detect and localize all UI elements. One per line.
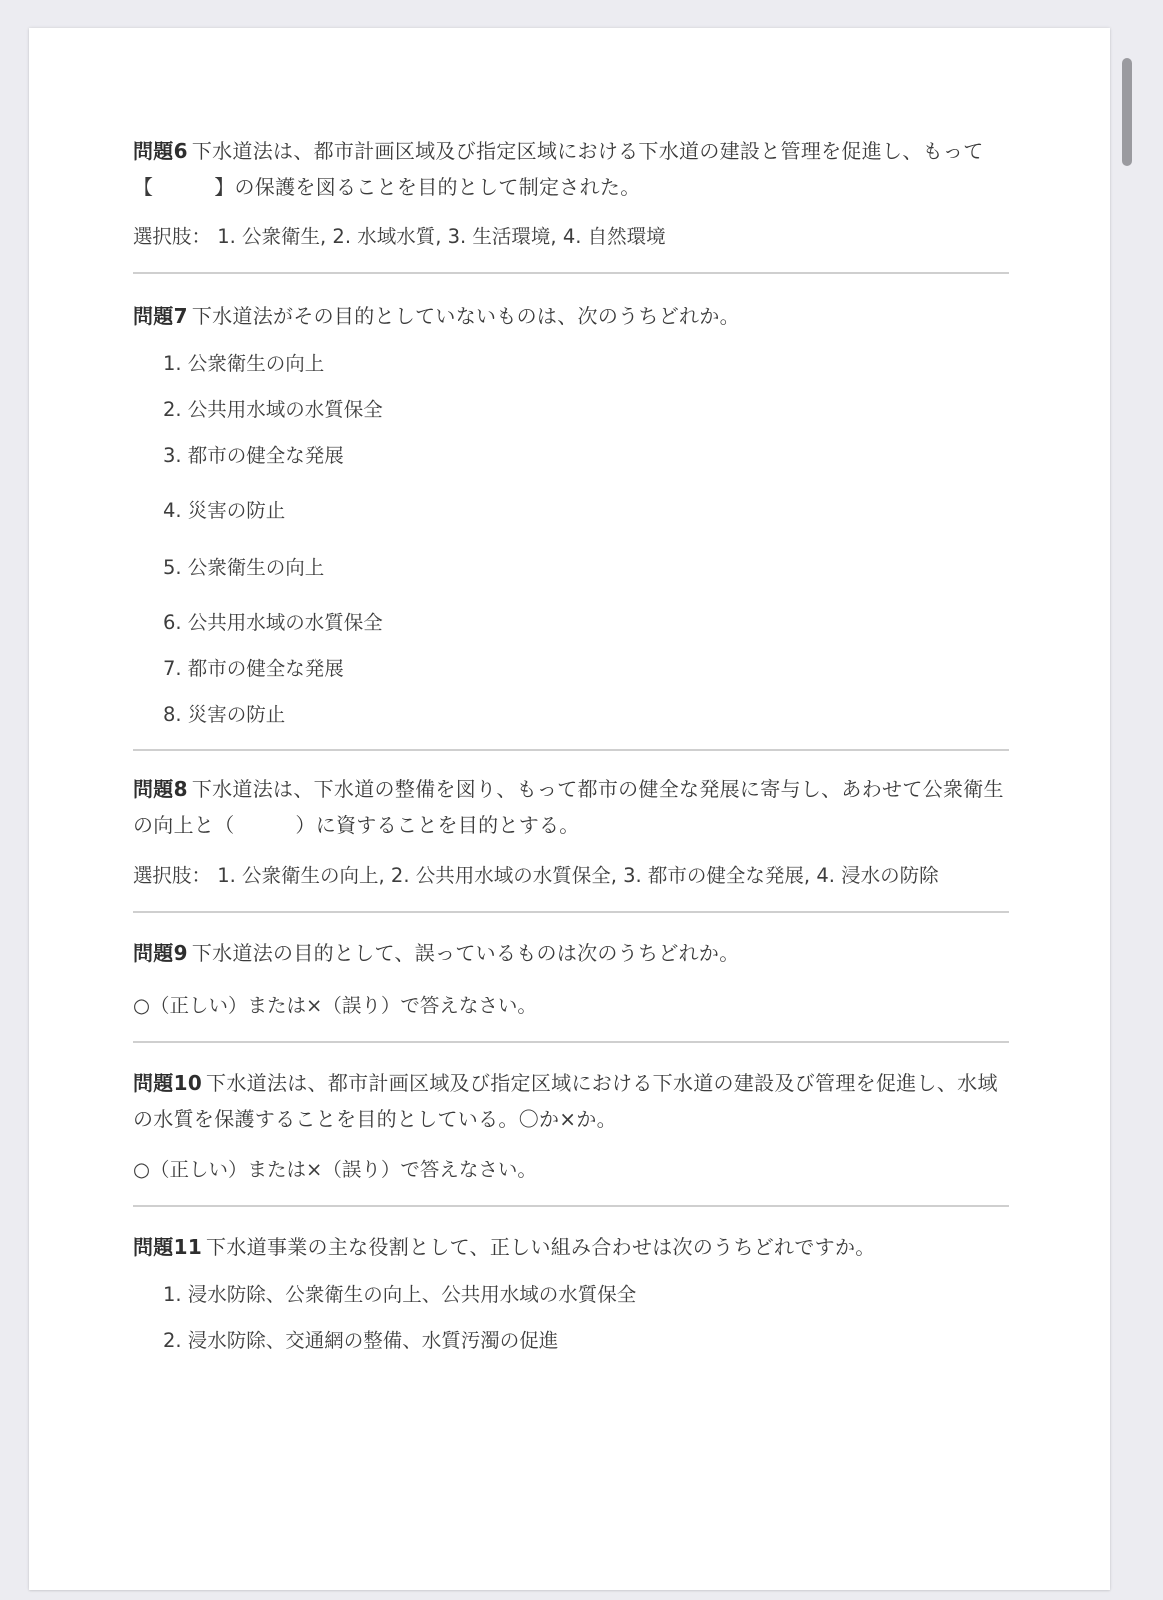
document-viewer: 問題6下水道法は、都市計画区域及び指定区域における下水道の建設と管理を促進し、も… xyxy=(0,0,1163,1600)
question-body: 下水道事業の主な役割として、正しい組み合わせは次のうちどれですか。 xyxy=(206,1235,876,1259)
choices-text: 1. 公衆衛生, 2. 水域水質, 3. 生活環境, 4. 自然環境 xyxy=(217,225,665,248)
option-item: 6. 公共用水域の水質保全 xyxy=(133,609,1009,637)
question-text: 問題8下水道法は、下水道の整備を図り、もって都市の健全な発展に寄与し、あわせて公… xyxy=(133,771,1009,843)
options-list: 1. 公衆衛生の向上 2. 公共用水域の水質保全 3. 都市の健全な発展 4. … xyxy=(133,350,1009,729)
question-label: 問題7 xyxy=(133,304,188,328)
question-label: 問題8 xyxy=(133,777,188,801)
page-content: 問題6下水道法は、都市計画区域及び指定区域における下水道の建設と管理を促進し、も… xyxy=(133,133,1009,1355)
question-label: 問題9 xyxy=(133,941,188,965)
choices-text: 1. 公衆衛生の向上, 2. 公共用水域の水質保全, 3. 都市の健全な発展, … xyxy=(217,864,938,887)
divider xyxy=(133,1041,1009,1043)
divider xyxy=(133,1205,1009,1207)
question-body: 下水道法は、都市計画区域及び指定区域における下水道の建設と管理を促進し、もって【… xyxy=(133,139,984,199)
question-text: 問題11下水道事業の主な役割として、正しい組み合わせは次のうちどれですか。 xyxy=(133,1229,1009,1265)
question-10: 問題10下水道法は、都市計画区域及び指定区域における下水道の建設及び管理を促進し… xyxy=(133,1065,1009,1185)
choices-line: 選択肢： 1. 公衆衛生, 2. 水域水質, 3. 生活環境, 4. 自然環境 xyxy=(133,222,1009,252)
answer-instruction: ○（正しい）または×（誤り）で答えなさい。 xyxy=(133,991,1009,1021)
question-7: 問題7下水道法がその目的としていないものは、次のうちどれか。 1. 公衆衛生の向… xyxy=(133,298,1009,729)
choices-prefix: 選択肢： xyxy=(133,864,211,887)
divider xyxy=(133,911,1009,913)
option-item: 5. 公衆衛生の向上 xyxy=(133,554,1009,582)
question-body: 下水道法がその目的としていないものは、次のうちどれか。 xyxy=(192,304,740,328)
option-item: 2. 浸水防除、交通網の整備、水質汚濁の促進 xyxy=(133,1327,1009,1355)
scrollbar-thumb[interactable] xyxy=(1122,58,1132,166)
option-item: 7. 都市の健全な発展 xyxy=(133,655,1009,683)
option-item: 1. 公衆衛生の向上 xyxy=(133,350,1009,378)
vertical-scrollbar[interactable] xyxy=(1120,30,1134,1590)
divider xyxy=(133,272,1009,274)
question-body: 下水道法は、下水道の整備を図り、もって都市の健全な発展に寄与し、あわせて公衆衛生… xyxy=(133,777,1004,837)
document-page: 問題6下水道法は、都市計画区域及び指定区域における下水道の建設と管理を促進し、も… xyxy=(29,28,1110,1590)
options-list: 1. 浸水防除、公衆衛生の向上、公共用水域の水質保全 2. 浸水防除、交通網の整… xyxy=(133,1281,1009,1355)
question-label: 問題11 xyxy=(133,1235,202,1259)
question-text: 問題7下水道法がその目的としていないものは、次のうちどれか。 xyxy=(133,298,1009,334)
choices-prefix: 選択肢： xyxy=(133,225,211,248)
question-text: 問題9下水道法の目的として、誤っているものは次のうちどれか。 xyxy=(133,935,1009,971)
option-item: 3. 都市の健全な発展 xyxy=(133,442,1009,470)
option-item: 2. 公共用水域の水質保全 xyxy=(133,396,1009,424)
option-item: 1. 浸水防除、公衆衛生の向上、公共用水域の水質保全 xyxy=(133,1281,1009,1309)
question-body: 下水道法の目的として、誤っているものは次のうちどれか。 xyxy=(192,941,740,965)
divider xyxy=(133,749,1009,751)
choices-line: 選択肢： 1. 公衆衛生の向上, 2. 公共用水域の水質保全, 3. 都市の健全… xyxy=(133,861,1009,891)
question-6: 問題6下水道法は、都市計画区域及び指定区域における下水道の建設と管理を促進し、も… xyxy=(133,133,1009,252)
question-label: 問題6 xyxy=(133,139,188,163)
question-text: 問題10下水道法は、都市計画区域及び指定区域における下水道の建設及び管理を促進し… xyxy=(133,1065,1009,1137)
question-9: 問題9下水道法の目的として、誤っているものは次のうちどれか。 ○（正しい）または… xyxy=(133,935,1009,1021)
question-8: 問題8下水道法は、下水道の整備を図り、もって都市の健全な発展に寄与し、あわせて公… xyxy=(133,771,1009,891)
option-item: 4. 災害の防止 xyxy=(133,497,1009,525)
option-item: 8. 災害の防止 xyxy=(133,701,1009,729)
question-text: 問題6下水道法は、都市計画区域及び指定区域における下水道の建設と管理を促進し、も… xyxy=(133,133,1009,205)
answer-instruction: ○（正しい）または×（誤り）で答えなさい。 xyxy=(133,1155,1009,1185)
question-label: 問題10 xyxy=(133,1071,202,1095)
question-body: 下水道法は、都市計画区域及び指定区域における下水道の建設及び管理を促進し、水域の… xyxy=(133,1071,998,1131)
question-11: 問題11下水道事業の主な役割として、正しい組み合わせは次のうちどれですか。 1.… xyxy=(133,1229,1009,1355)
